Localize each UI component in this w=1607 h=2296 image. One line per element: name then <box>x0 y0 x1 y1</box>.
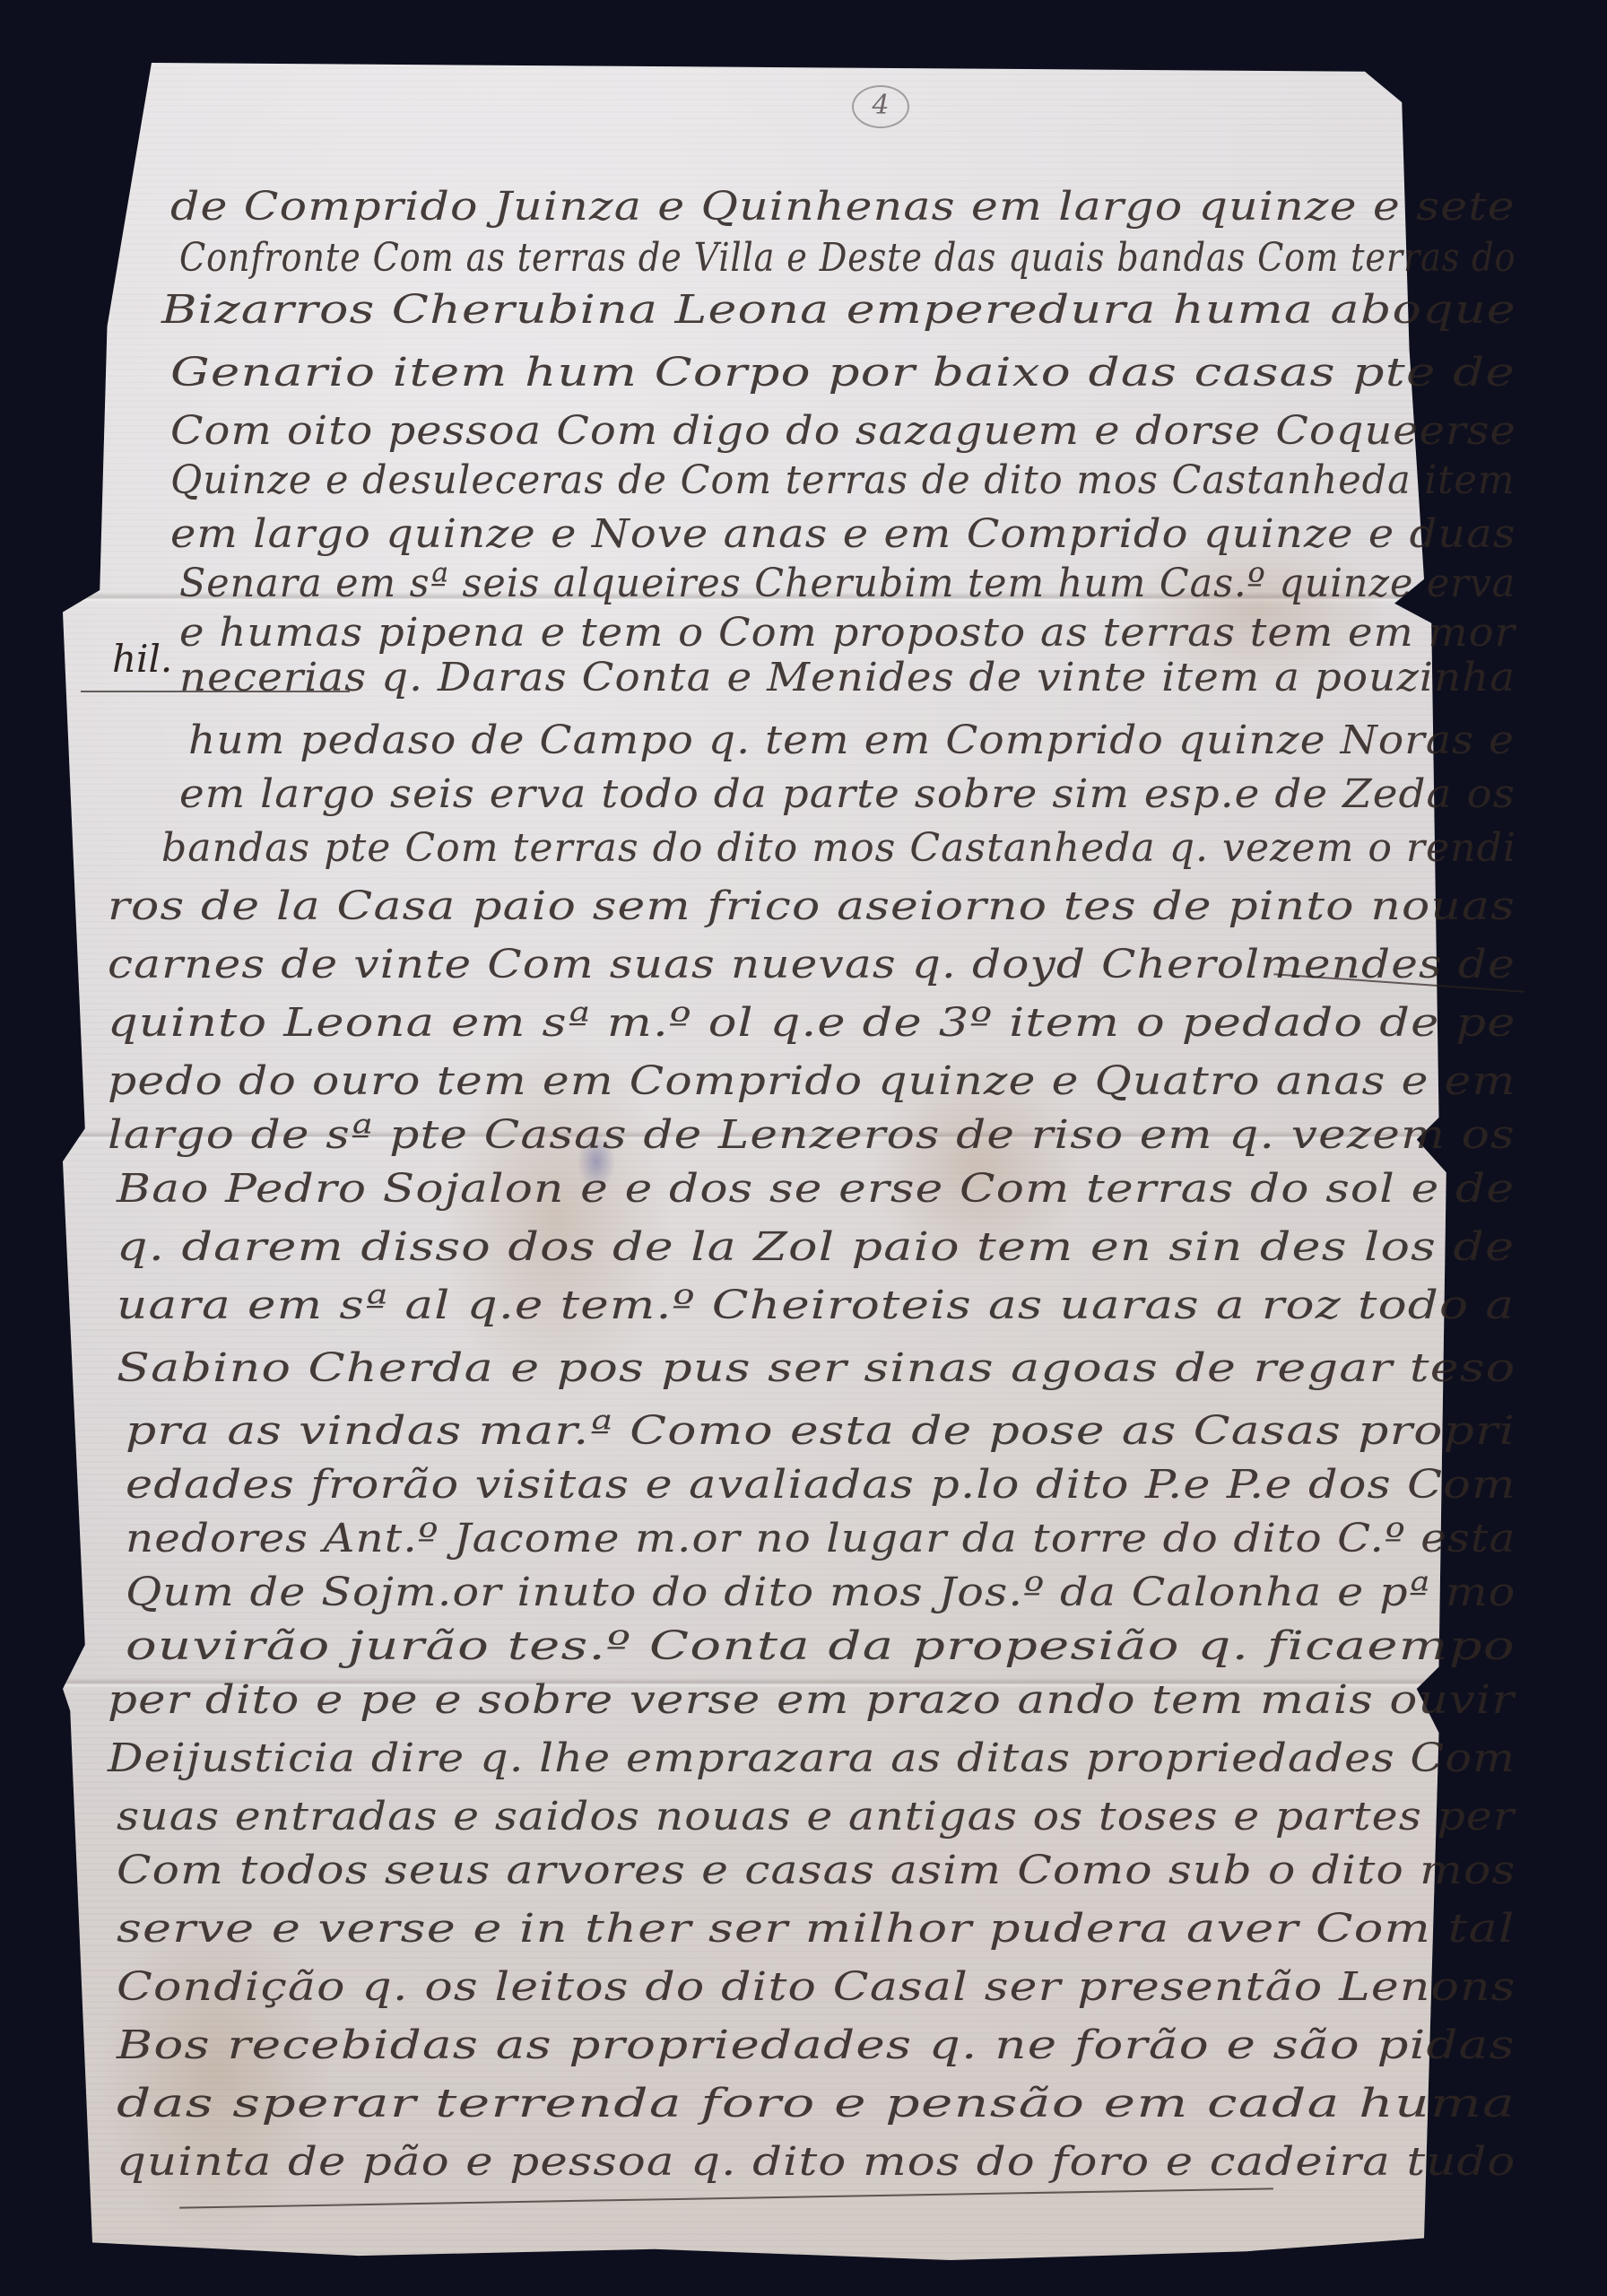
text-line: hum pedaso de Campo q. tem em Comprido q… <box>188 717 1515 763</box>
text-line: em largo seis erva todo da parte sobre s… <box>179 771 1516 817</box>
text-line: bandas pte Com terras do dito mos Castan… <box>161 825 1516 871</box>
text-line: de Comprido Juinza e Quinhenas em largo … <box>170 184 1516 230</box>
text-line: quinta de pão e pessoa q. dito mos do fo… <box>117 2139 1516 2185</box>
text-line: serve e verse e in ther ser milhor puder… <box>117 1906 1516 1952</box>
text-line: Qum de Sojm.or inuto do dito mos Jos.º d… <box>126 1570 1516 1615</box>
text-line: Genario item hum Corpo por baixo das cas… <box>170 350 1516 396</box>
text-line: carnes de vinte Com suas nuevas q. doyd … <box>108 942 1516 987</box>
text-line: Confronte Com as terras de Villa e Deste… <box>179 235 1516 281</box>
text-line: ouvirão jurão tes.º Conta da propesião q… <box>126 1623 1516 1669</box>
text-line: uara em sª al q.e tem.º Cheiroteis as ua… <box>117 1283 1515 1328</box>
text-line: quinto Leona em sª m.º ol q.e de 3º item… <box>108 1000 1516 1046</box>
water-stain <box>99 1901 332 2242</box>
text-line: Bizarros Cherubina Leona emperedura huma… <box>161 287 1516 333</box>
text-line: necerias q. Daras Conta e Menides de vin… <box>179 655 1516 700</box>
margin-note: hil. <box>112 637 172 681</box>
text-line: per dito e pe e sobre verse em prazo and… <box>108 1677 1515 1723</box>
text-line: Bos recebidas as propriedades q. ne forã… <box>117 2022 1516 2068</box>
text-line: e humas pipena e tem o Com proposto as t… <box>179 610 1516 656</box>
text-line: Com todos seus arvores e casas asim Como… <box>117 1848 1516 1893</box>
text-line: suas entradas e saidos nouas e antigas o… <box>117 1794 1515 1839</box>
text-line: q. darem disso dos de la Zol paio tem en… <box>117 1224 1515 1270</box>
text-line: nedores Ant.º Jacome m.or no lugar da to… <box>126 1516 1516 1561</box>
text-line: Quinze e desuleceras de Com terras de di… <box>170 457 1516 503</box>
page-number-mark: 4 <box>852 85 909 128</box>
text-line: das sperar terrenda foro e pensão em cad… <box>117 2081 1516 2126</box>
text-line: largo de sª pte Casas de Lenzeros de ris… <box>108 1112 1516 1158</box>
text-line: edades frorão visitas e avaliadas p.lo d… <box>126 1462 1516 1508</box>
text-line: pra as vindas mar.ª Como esta de pose as… <box>126 1408 1516 1454</box>
text-line: Bao Pedro Sojalon e e dos se erse Com te… <box>117 1166 1515 1212</box>
text-line: Senara em sª seis alqueires Cherubim tem… <box>179 561 1516 606</box>
text-line: Com oito pessoa Com digo do sazaguem e d… <box>170 408 1516 454</box>
text-line: em largo quinze e Nove anas e em Comprid… <box>170 511 1516 557</box>
text-line: Condição q. os leitos do dito Casal ser … <box>117 1964 1516 2010</box>
text-line: ros de la Casa paio sem frico aseiorno t… <box>108 883 1516 929</box>
text-line: Sabino Cherda e pos pus ser sinas agoas … <box>117 1345 1516 1391</box>
text-line: Deijusticia dire q. lhe emprazara as dit… <box>108 1735 1516 1781</box>
text-line: pedo do ouro tem em Comprido quinze e Qu… <box>108 1058 1516 1104</box>
